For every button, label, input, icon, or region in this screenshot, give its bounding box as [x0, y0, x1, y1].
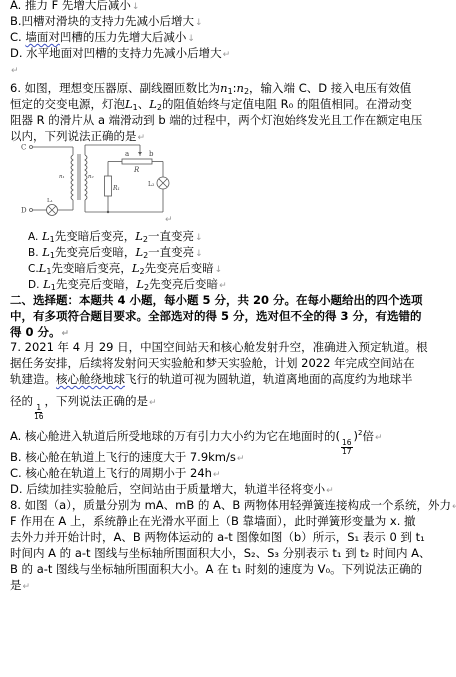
- fraction-1-16: 116: [34, 404, 44, 421]
- fraction-16-17: 1617: [341, 439, 353, 456]
- q5-option-c: C. 墙面对凹槽的压力先增大后减小↓: [10, 29, 195, 45]
- q7-option-d: D. 后续加挂实验舱后，空间站由于质量增大，轨道半径将变小↵: [10, 481, 334, 497]
- svg-text:D: D: [21, 207, 27, 215]
- q8-line-4: 时间内 A 的 a-t 图线与坐标轴所围面积大小，S₂、S₃ 分别表示 t₁ 到…: [10, 545, 431, 561]
- svg-text:L₁: L₁: [47, 198, 53, 204]
- q7-line-1: 7. 2021 年 4 月 29 日，中国空间站天和核心舱发射升空，准确进入预定…: [10, 339, 428, 355]
- q5-option-a: A. 推力 F 先增大后减小↓: [10, 0, 139, 13]
- q5-option-b: B.凹槽对滑块的支持力先减小后增大↓: [10, 13, 203, 29]
- transformer-circuit-diagram: C D n₁ n₂ a b R R₁ L₁ L₂: [18, 140, 178, 220]
- diagram-para-mark: ↵: [164, 210, 173, 226]
- svg-text:C: C: [21, 144, 26, 152]
- q6-line-2: 恒定的交变电源，灯泡L1、L2的阻值始终与定值电阻 R₀ 的阻值相同。在滑动变: [10, 96, 412, 112]
- q8-line-5: B 的 a-t 图线与坐标轴所围面积大小。A 在 t₁ 时刻的速度为 V₀。下列…: [10, 561, 422, 577]
- section2-heading-line-2: 中，有多项符合题目要求。全部选对的得 5 分，选对但不全的得 3 分，有选错的: [10, 308, 422, 324]
- q8-line-2: F 作用在 A 上，系统静止在光滑水平面上（B 靠墙面），此时弹簧形变量为 x.…: [10, 513, 416, 529]
- q7-option-c: C. 核心舱在轨道上飞行的周期小于 24h↵: [10, 465, 220, 481]
- q6-line-3: 阻器 R 的滑片从 a 端滑动到 b 端的过程中，两个灯泡始终发光且工作在额定电…: [10, 112, 422, 128]
- q8-line-1: 8. 如图（a），质量分别为 mA、mB 的 A、B 两物体用轻弹簧连接构成一个…: [10, 497, 456, 513]
- spellcheck-underline: 墙面对: [25, 30, 60, 44]
- q8-line-3: 去外力并开始计时，A、B 两物体运动的 a-t 图像如图（b）所示，S₁ 表示 …: [10, 529, 425, 545]
- q5-option-d: D. 水平地面对凹槽的支持力先减小后增大↵: [10, 45, 230, 61]
- q6-option-c: C.L1先变暗后变亮，L2先变亮后变暗↓: [28, 260, 222, 276]
- svg-text:a: a: [125, 150, 129, 158]
- q6-option-d: D. L1先变亮后变暗，L2先变亮后变暗↵: [28, 276, 227, 292]
- q7-line-4: 径的116，下列说法正确的是↵: [10, 393, 157, 413]
- svg-text:R₁: R₁: [112, 185, 120, 192]
- section2-heading-line-3: 得 0 分。↵: [10, 324, 69, 340]
- svg-text:n₂: n₂: [88, 174, 94, 180]
- q7-option-b: B. 核心舱在轨道上飞行的速度大于 7.9km/s↵: [10, 449, 244, 465]
- q6-option-b: B. L1先变亮后变暗，L2一直变亮↓: [28, 244, 203, 260]
- svg-text:b: b: [149, 150, 154, 158]
- q7-line-3: 轨建造。核心舱绕地球飞行的轨道可视为圆轨道，轨道离地面的高度约为地球半: [10, 371, 413, 387]
- q8-line-6: 是↵: [10, 577, 30, 593]
- spellcheck-underline: 核心舱绕地球: [56, 372, 125, 386]
- q7-line-2: 据任务安排，后续将发射问天实验舱和梦天实验舱，计划 2022 年完成空间站在: [10, 355, 415, 371]
- svg-text:n₁: n₁: [59, 174, 65, 180]
- q6-option-a: A. L1先变暗后变亮，L2一直变亮↓: [28, 228, 203, 244]
- svg-text:R: R: [133, 166, 140, 174]
- q7-option-a: A. 核心舱进入轨道后所受地球的万有引力大小约为它在地面时的(1617)2倍↵: [10, 425, 383, 445]
- q6-line-1: 6. 如图，理想变压器原、副线圈匝数比为n1:n2，输入端 C、D 接入电压有效…: [10, 80, 411, 96]
- svg-text:L₂: L₂: [148, 181, 155, 188]
- empty-paragraph: ↵: [10, 61, 19, 77]
- section2-heading-line-1: 二、选择题：本题共 4 小题，每小题 5 分，共 20 分。在每小题给出的四个选…: [10, 292, 423, 308]
